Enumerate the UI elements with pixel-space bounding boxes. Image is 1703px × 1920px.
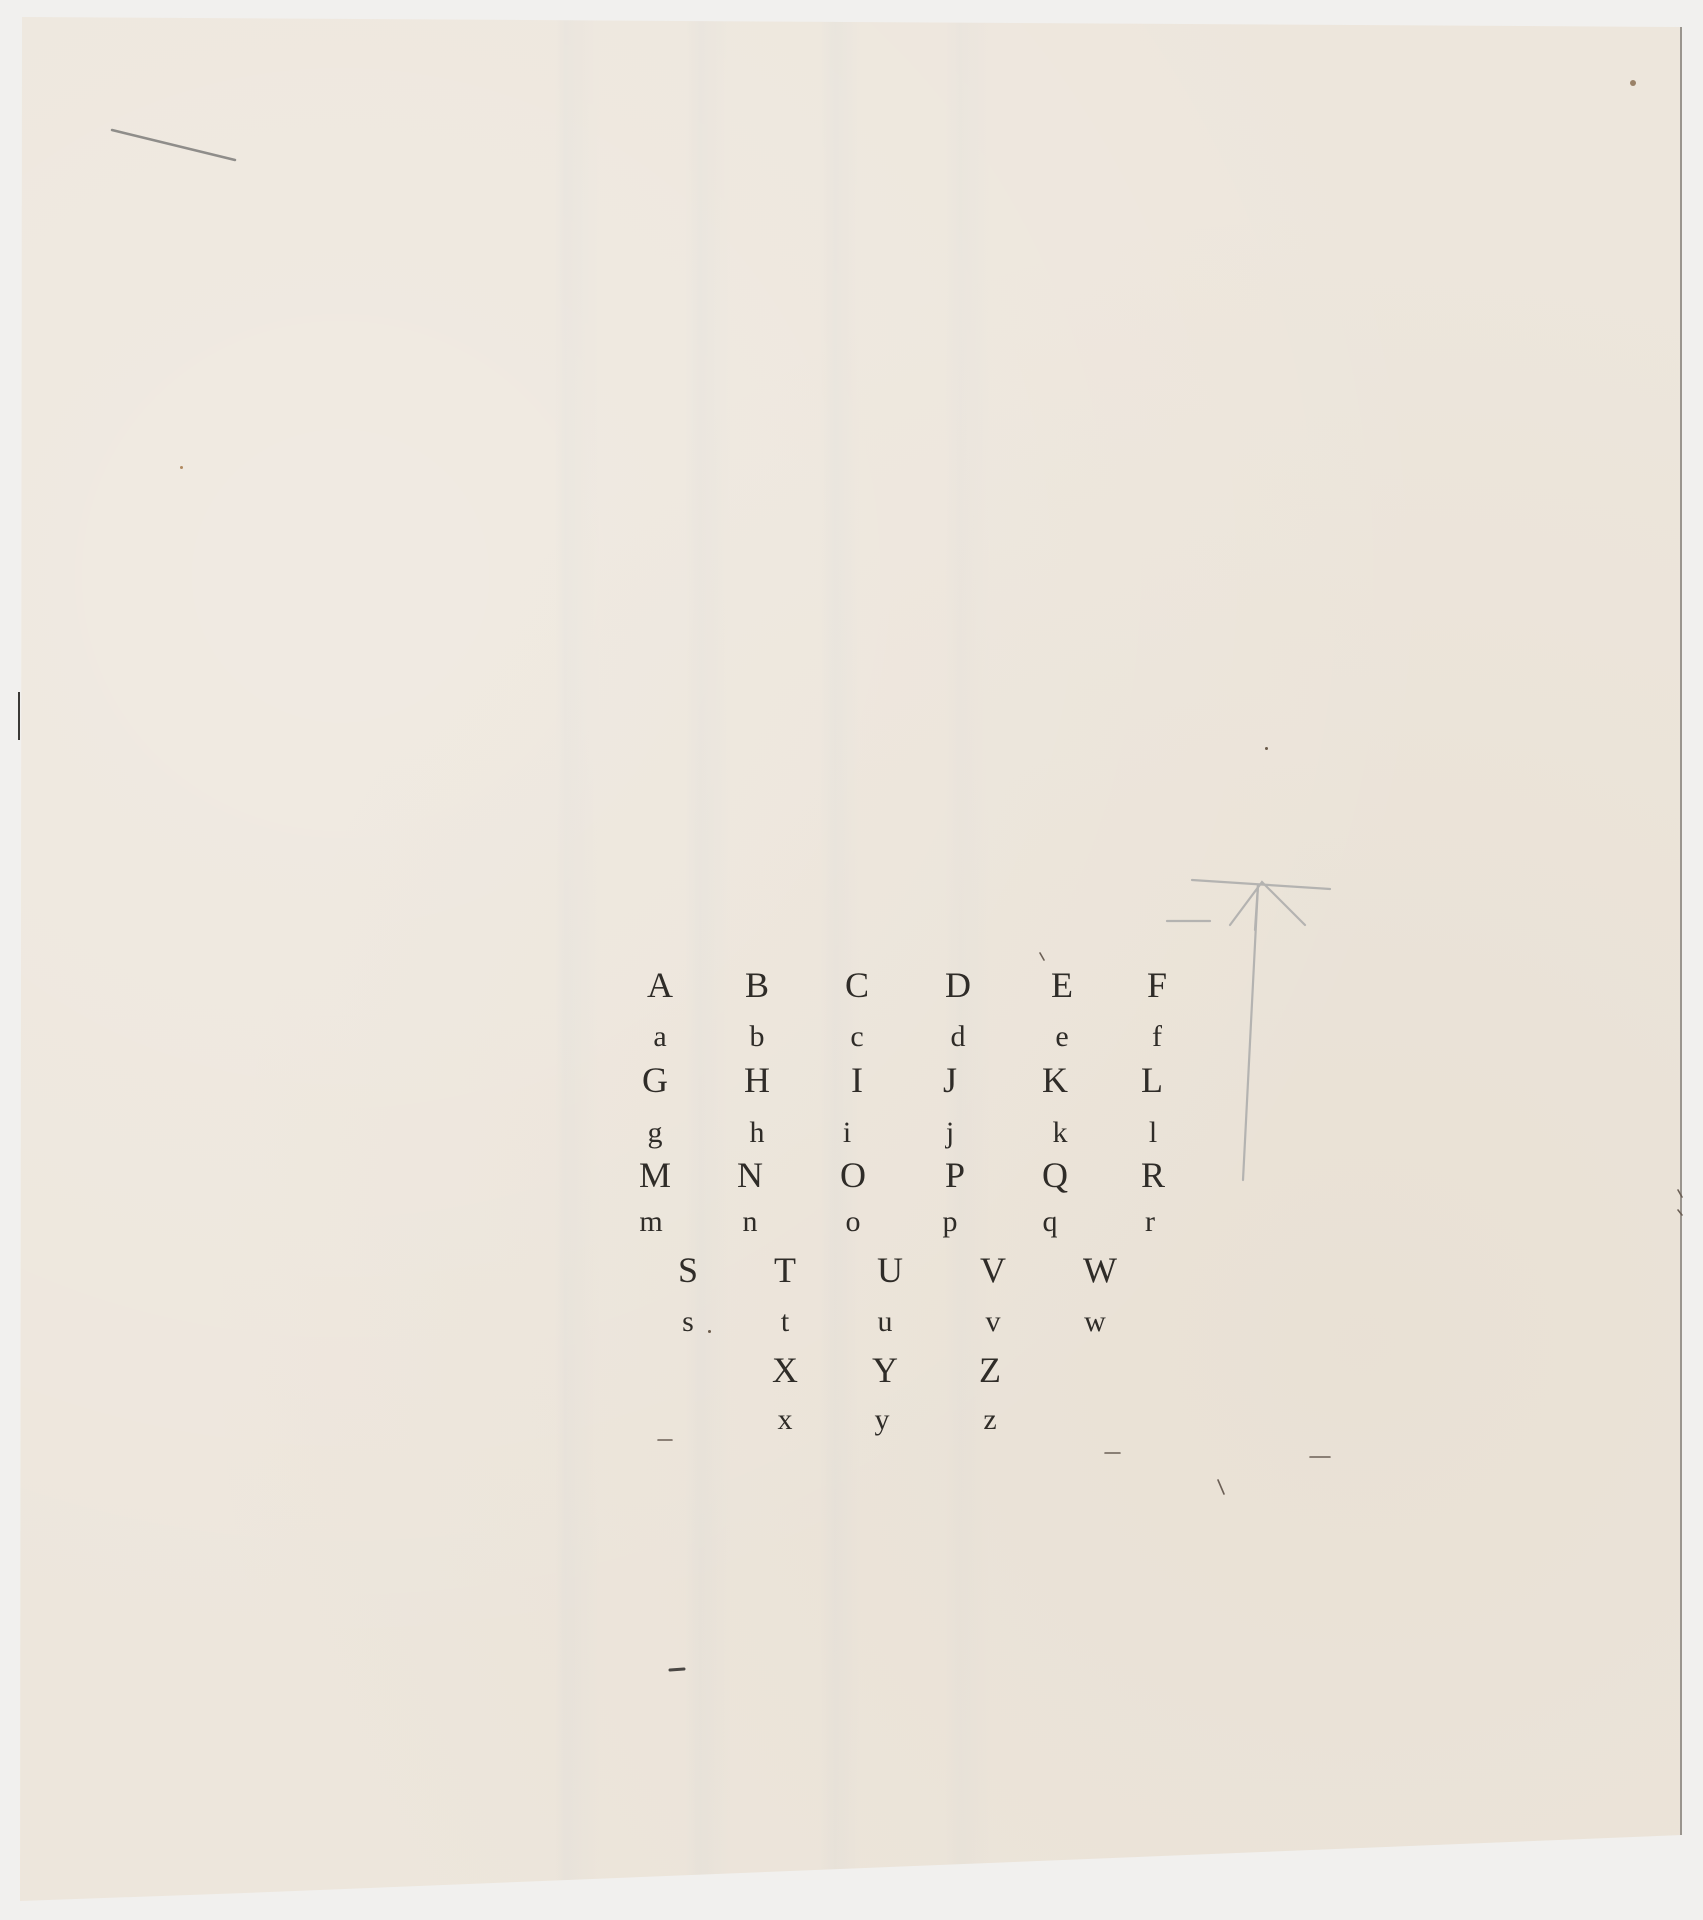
- letter-lower-e: e: [1055, 1022, 1068, 1052]
- letter-lower-d: d: [951, 1022, 966, 1052]
- letter-lower-o: o: [846, 1207, 861, 1237]
- letter-lower-f: f: [1152, 1022, 1162, 1052]
- letter-upper-C: C: [845, 967, 869, 1003]
- letter-lower-n: n: [743, 1207, 758, 1237]
- letter-upper-V: V: [980, 1252, 1006, 1288]
- letter-lower-w: w: [1084, 1307, 1106, 1337]
- letter-lower-g: g: [648, 1118, 663, 1148]
- letter-upper-R: R: [1141, 1157, 1165, 1193]
- letter-upper-X: X: [772, 1352, 798, 1388]
- letter-lower-a: a: [653, 1022, 666, 1052]
- letter-upper-L: L: [1141, 1062, 1163, 1098]
- letter-lower-t: t: [781, 1307, 789, 1337]
- letter-upper-P: P: [945, 1157, 965, 1193]
- letter-upper-Y: Y: [872, 1352, 898, 1388]
- ink-speck: [1265, 747, 1268, 750]
- letter-upper-B: B: [745, 967, 769, 1003]
- letter-upper-N: N: [737, 1157, 763, 1193]
- letter-lower-y: y: [875, 1405, 890, 1435]
- letter-upper-T: T: [774, 1252, 796, 1288]
- letter-upper-K: K: [1042, 1062, 1068, 1098]
- letter-upper-Z: Z: [979, 1352, 1001, 1388]
- letter-lower-l: l: [1149, 1118, 1157, 1148]
- letter-lower-j: j: [946, 1118, 954, 1148]
- letter-lower-c: c: [850, 1022, 863, 1052]
- ink-speck: [1630, 80, 1636, 86]
- letter-lower-s: s: [682, 1307, 694, 1337]
- letter-upper-O: O: [840, 1157, 866, 1193]
- letter-lower-b: b: [750, 1022, 765, 1052]
- letter-lower-p: p: [943, 1207, 958, 1237]
- scan-stage: ABCDEFabcdefGHIJKLghijklMNOPQRmnopqrSTUV…: [0, 0, 1703, 1920]
- letter-upper-S: S: [678, 1252, 698, 1288]
- letter-upper-G: G: [642, 1062, 668, 1098]
- letter-upper-H: H: [744, 1062, 770, 1098]
- letter-upper-E: E: [1051, 967, 1073, 1003]
- paper-sheet: [0, 0, 1703, 1920]
- letter-lower-z: z: [983, 1405, 996, 1435]
- letter-upper-Q: Q: [1042, 1157, 1068, 1193]
- letter-upper-J: J: [943, 1062, 957, 1098]
- letter-lower-h: h: [750, 1118, 765, 1148]
- letter-upper-F: F: [1147, 967, 1167, 1003]
- letter-lower-x: x: [778, 1405, 793, 1435]
- letter-upper-A: A: [647, 967, 673, 1003]
- ink-speck: [180, 466, 183, 469]
- letter-lower-m: m: [639, 1207, 662, 1237]
- letter-lower-v: v: [986, 1307, 1001, 1337]
- ink-speck: [708, 1330, 711, 1333]
- letter-lower-u: u: [878, 1307, 893, 1337]
- letter-lower-k: k: [1053, 1118, 1068, 1148]
- letter-upper-U: U: [877, 1252, 903, 1288]
- letter-lower-q: q: [1043, 1207, 1058, 1237]
- letter-upper-D: D: [945, 967, 971, 1003]
- paper-right-edge: [1680, 27, 1682, 1835]
- letter-lower-r: r: [1145, 1207, 1155, 1237]
- letter-upper-W: W: [1083, 1252, 1117, 1288]
- letter-upper-M: M: [639, 1157, 671, 1193]
- letter-upper-I: I: [851, 1062, 863, 1098]
- letter-lower-i: i: [843, 1118, 851, 1148]
